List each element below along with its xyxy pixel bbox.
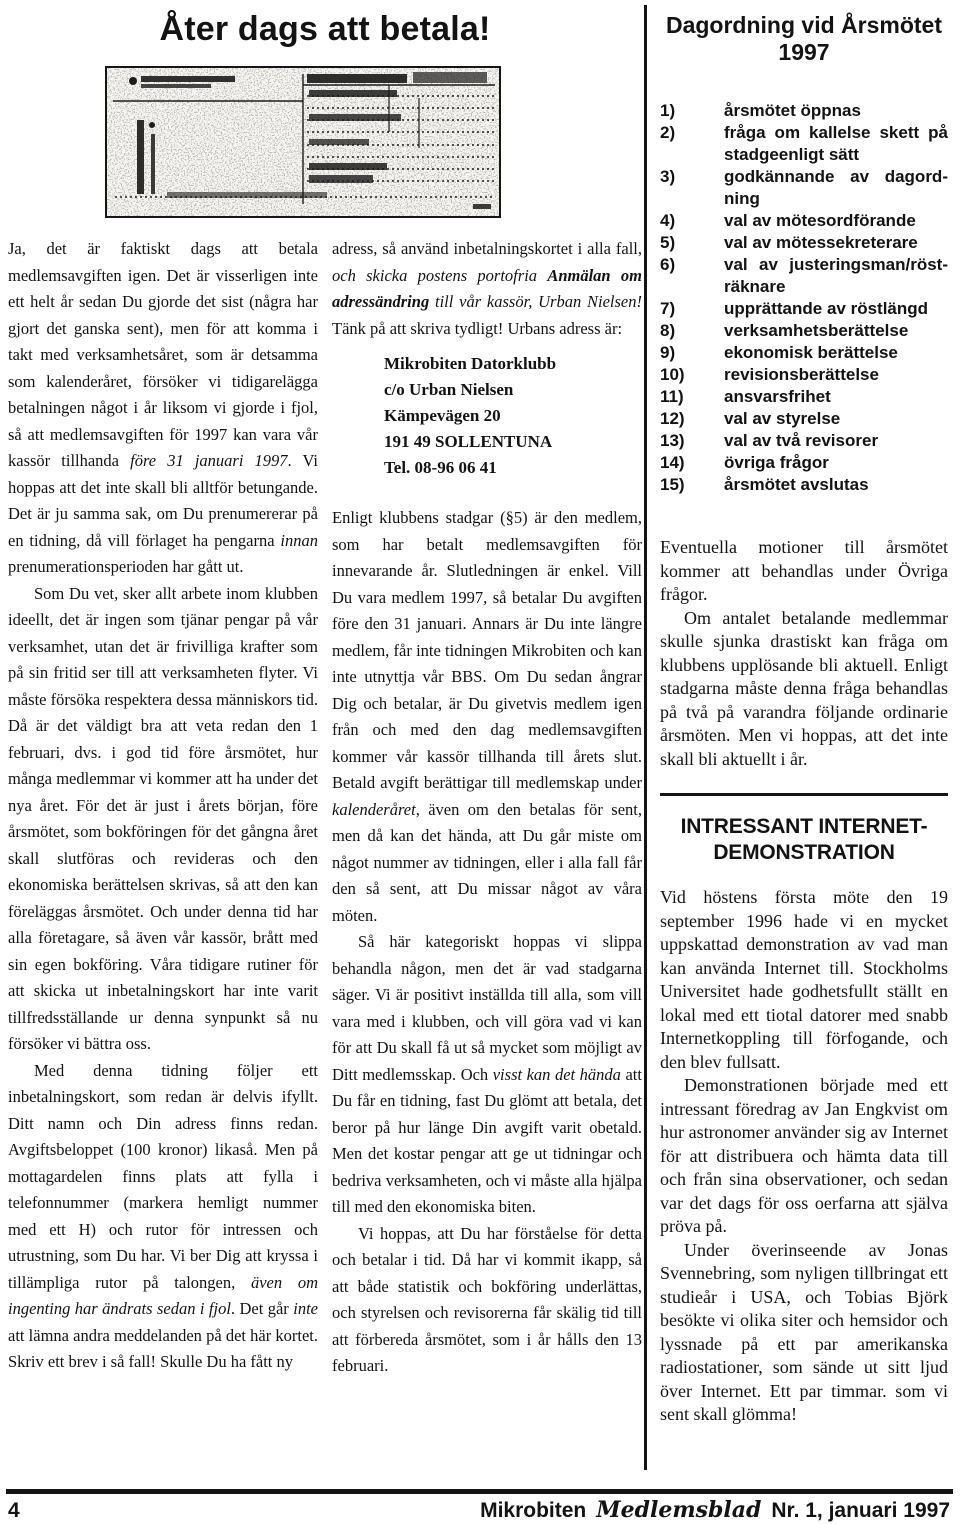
agenda-item-label: val av styrelse <box>724 408 948 430</box>
footer-rule <box>6 1489 953 1494</box>
article-paragraph: Ja, det är faktiskt dags att betala medl… <box>8 236 318 581</box>
article-title: Åter dags att betala! <box>8 6 642 52</box>
agenda-item-number: 13) <box>660 430 724 452</box>
agenda-item-number: 7) <box>660 298 724 320</box>
agenda-note-paragraph: Eventuella motioner till årsmötet kommer… <box>660 536 948 607</box>
internet-demo-paragraph: Demonstrationen började med ett intressa… <box>660 1074 948 1239</box>
agenda-item-number: 12) <box>660 408 724 430</box>
payment-slip-image <box>105 66 501 218</box>
page-footer: 4 Mikrobiten Medlemsblad Nr. 1, januari … <box>8 1497 950 1523</box>
article-columns: Ja, det är faktiskt dags att betala medl… <box>8 236 642 1486</box>
article-paragraph: Vi hoppas, att Du har förståelse för det… <box>332 1221 642 1380</box>
internet-demo-paragraph: Vid höstens första möte den 19 september… <box>660 886 948 1074</box>
address-line: c/o Urban Nielsen <box>384 377 642 403</box>
agenda-item-number: 11) <box>660 386 724 408</box>
internet-demo-title: INTRESSANT INTERNET-DEMONSTRATION <box>660 814 948 866</box>
agenda-item-number: 15) <box>660 474 724 496</box>
address-line: Tel. 08-96 06 41 <box>384 455 642 481</box>
address-line: Kämpevägen 20 <box>384 403 642 429</box>
agenda-item-number: 1) <box>660 100 724 122</box>
address-line: Mikrobiten Datorklubb <box>384 351 642 377</box>
sidebar: Dagordning vid Årsmötet 1997 1) årsmötet… <box>660 12 948 1427</box>
article-paragraph: Med denna tidning följer ett inbetalning… <box>8 1058 318 1376</box>
agenda-item: 3) godkännande av dagord­ning <box>660 166 948 210</box>
journal-name: Mikrobiten <box>480 1499 586 1523</box>
page-number: 4 <box>8 1499 20 1523</box>
issue-info: Nr. 1, januari 1997 <box>771 1499 950 1523</box>
agenda-item-label: revisionsberättelse <box>724 364 948 386</box>
agenda-note-paragraph: Om antalet betalande medlemmar skulle sj… <box>660 607 948 772</box>
agenda-item: 6) val av justeringsman/röst­räknare <box>660 254 948 298</box>
agenda-item-number: 10) <box>660 364 724 386</box>
agenda-notes: Eventuella motioner till årsmötet kommer… <box>660 536 948 771</box>
agenda-item: 8) verksamhetsberättelse <box>660 320 948 342</box>
agenda-item-label: upprättande av röstlängd <box>724 298 948 320</box>
agenda-item-number: 5) <box>660 232 724 254</box>
agenda-item: 12) val av styrelse <box>660 408 948 430</box>
agenda-item-number: 6) <box>660 254 724 298</box>
agenda-item: 5) val av mötessekreterare <box>660 232 948 254</box>
agenda-item: 11) ansvarsfrihet <box>660 386 948 408</box>
newsletter-page: Åter dags att betala! <box>0 0 960 1524</box>
journal-subtitle-script: Medlemsblad <box>596 1497 761 1523</box>
agenda-item-label: övriga frågor <box>724 452 948 474</box>
agenda-item-label: årsmötet avslutas <box>724 474 948 496</box>
agenda-title: Dagordning vid Årsmötet 1997 <box>660 12 948 66</box>
footer-journal-line: Mikrobiten Medlemsblad Nr. 1, januari 19… <box>480 1497 950 1523</box>
agenda-item-label: val av mötesordförande <box>724 210 948 232</box>
agenda-item-label: val av justeringsman/röst­räknare <box>724 254 948 298</box>
agenda-item-label: fråga om kallelse skett på stadgeenligt … <box>724 122 948 166</box>
agenda-item: 15) årsmötet avslutas <box>660 474 948 496</box>
agenda-item: 13) val av två revisorer <box>660 430 948 452</box>
agenda-item-number: 9) <box>660 342 724 364</box>
agenda-item: 7) upprättande av röstlängd <box>660 298 948 320</box>
agenda-item: 14) övriga frågor <box>660 452 948 474</box>
agenda-item-number: 3) <box>660 166 724 210</box>
agenda-item: 4) val av mötesordförande <box>660 210 948 232</box>
agenda-item-label: verksamhetsberättelse <box>724 320 948 342</box>
agenda-item: 10) revisionsberättelse <box>660 364 948 386</box>
article-paragraph: Så här kategoriskt hoppas vi slippa beha… <box>332 929 642 1221</box>
column-divider <box>644 5 647 1470</box>
internet-demo-paragraph: Under överinseende av Jonas Svennebring,… <box>660 1239 948 1427</box>
agenda-item-label: godkännande av dagord­ning <box>724 166 948 210</box>
article-column-right: adress, så använd inbetalningskortet i a… <box>332 236 642 1486</box>
article-paragraph: Som Du vet, sker allt arbete inom klubbe… <box>8 581 318 1058</box>
agenda-item-number: 8) <box>660 320 724 342</box>
agenda-list: 1) årsmötet öppnas 2) fråga om kallelse … <box>660 100 948 496</box>
agenda-item-number: 4) <box>660 210 724 232</box>
article-paragraph: Enligt klubbens stadgar (§5) är den medl… <box>332 505 642 929</box>
agenda-item-number: 2) <box>660 122 724 166</box>
agenda-item-label: ekonomisk berättelse <box>724 342 948 364</box>
agenda-item-label: ansvarsfrihet <box>724 386 948 408</box>
agenda-item: 2) fråga om kallelse skett på stadgeenli… <box>660 122 948 166</box>
agenda-item: 9) ekonomisk berättelse <box>660 342 948 364</box>
address-line: 191 49 SOLLENTUNA <box>384 429 642 455</box>
section-divider <box>660 793 948 796</box>
agenda-item: 1) årsmötet öppnas <box>660 100 948 122</box>
article-block: Åter dags att betala! <box>8 4 642 1486</box>
agenda-item-label: årsmötet öppnas <box>724 100 948 122</box>
agenda-item-number: 14) <box>660 452 724 474</box>
agenda-item-label: val av mötessekreterare <box>724 232 948 254</box>
payment-slip-graphic <box>107 68 499 216</box>
club-address: Mikrobiten Datorklubb c/o Urban Nielsen … <box>384 351 642 481</box>
article-column-left: Ja, det är faktiskt dags att betala medl… <box>8 236 318 1486</box>
agenda-item-label: val av två revisorer <box>724 430 948 452</box>
article-paragraph: adress, så använd inbetalningskortet i a… <box>332 236 642 342</box>
